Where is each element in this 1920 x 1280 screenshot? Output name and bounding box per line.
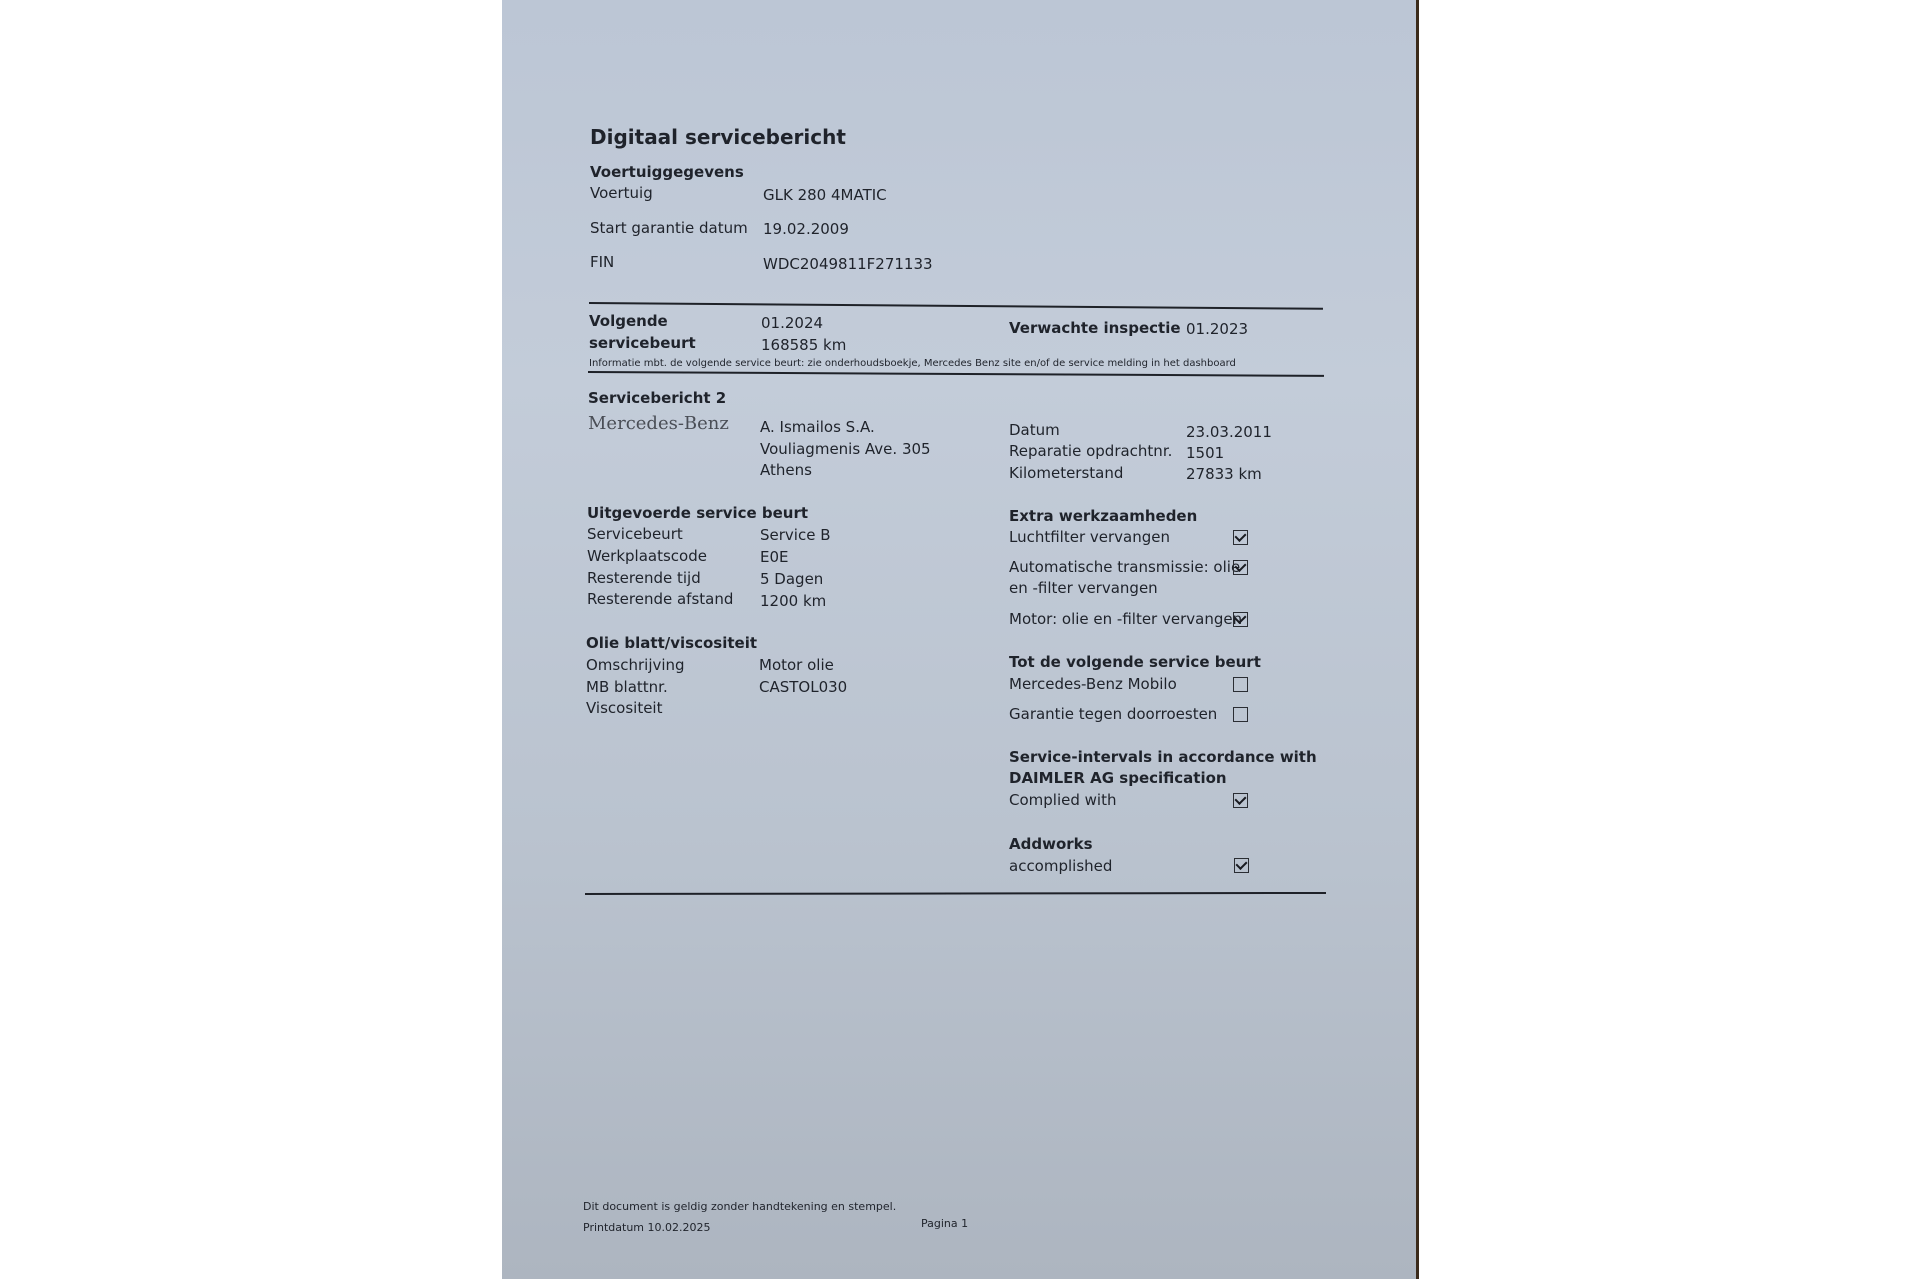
- oil-description-label: Omschrijving: [586, 656, 685, 674]
- warranty-start-label: Start garantie datum: [590, 219, 748, 237]
- page-number: Pagina 1: [921, 1218, 968, 1230]
- inspection-label: Verwachte inspectie: [1009, 319, 1181, 337]
- checkmark-icon: [1234, 612, 1246, 624]
- dealer-city: Athens: [760, 461, 812, 479]
- accomplished-checkbox[interactable]: [1234, 858, 1249, 873]
- transmission-label-1: Automatische transmissie: olie: [1009, 558, 1240, 576]
- air-filter-checkbox[interactable]: [1233, 530, 1248, 545]
- mobilo-checkbox[interactable]: [1233, 677, 1248, 692]
- next-service-info: Informatie mbt. de volgende service beur…: [589, 358, 1236, 370]
- viscosity-label: Viscositeit: [586, 699, 662, 717]
- next-service-date: 01.2024: [761, 314, 823, 332]
- checkmark-icon: [1234, 793, 1246, 805]
- mb-sheet-value: CASTOL030: [759, 678, 847, 696]
- fin-value: WDC2049811F271133: [763, 255, 933, 273]
- inspection-value: 01.2023: [1186, 320, 1248, 338]
- dealer-name: A. Ismailos S.A.: [760, 418, 875, 436]
- fin-label: FIN: [590, 253, 614, 271]
- oil-heading: Olie blatt/viscositeit: [586, 634, 757, 652]
- divider-bottom: [585, 892, 1326, 895]
- remaining-distance-value: 1200 km: [760, 592, 826, 610]
- validity-note: Dit document is geldig zonder handtekeni…: [583, 1201, 896, 1213]
- print-date: Printdatum 10.02.2025: [583, 1222, 711, 1234]
- transmission-checkbox[interactable]: [1233, 560, 1248, 575]
- checkmark-icon: [1234, 530, 1246, 542]
- order-number-value: 1501: [1186, 444, 1224, 462]
- accomplished-label: accomplished: [1009, 857, 1112, 875]
- service-report-page: Digitaal servicebericht Voertuiggegevens…: [502, 0, 1419, 1279]
- intervals-heading-1: Service-intervals in accordance with: [1009, 748, 1317, 766]
- air-filter-label: Luchtfilter vervangen: [1009, 528, 1170, 546]
- odometer-label: Kilometerstand: [1009, 464, 1123, 482]
- until-next-heading: Tot de volgende service beurt: [1009, 653, 1261, 671]
- date-value: 23.03.2011: [1186, 423, 1272, 441]
- workshop-code-label: Werkplaatscode: [587, 547, 707, 565]
- next-service-label-1: Volgende: [589, 312, 668, 330]
- divider-info: [588, 371, 1324, 377]
- workshop-code-value: E0E: [760, 548, 789, 566]
- divider-top: [589, 302, 1323, 310]
- dealer-street: Vouliagmenis Ave. 305: [760, 440, 931, 458]
- rust-warranty-checkbox[interactable]: [1233, 707, 1248, 722]
- report-heading: Servicebericht 2: [588, 389, 726, 407]
- oil-description-value: Motor olie: [759, 656, 834, 674]
- remaining-distance-label: Resterende afstand: [587, 590, 733, 608]
- engine-oil-checkbox[interactable]: [1233, 612, 1248, 627]
- odometer-value: 27833 km: [1186, 465, 1262, 483]
- checkmark-icon: [1235, 858, 1247, 870]
- vehicle-heading: Voertuiggegevens: [590, 163, 744, 181]
- order-number-label: Reparatie opdrachtnr.: [1009, 442, 1172, 460]
- vehicle-label: Voertuig: [590, 184, 653, 202]
- mb-sheet-label: MB blattnr.: [586, 678, 668, 696]
- mobilo-label: Mercedes-Benz Mobilo: [1009, 675, 1177, 693]
- remaining-time-label: Resterende tijd: [587, 569, 701, 587]
- brand-wordmark: Mercedes-Benz: [588, 413, 729, 435]
- remaining-time-value: 5 Dagen: [760, 570, 823, 588]
- date-label: Datum: [1009, 421, 1060, 439]
- complied-checkbox[interactable]: [1233, 793, 1248, 808]
- complied-label: Complied with: [1009, 791, 1116, 809]
- service-type-label: Servicebeurt: [587, 525, 683, 543]
- rust-warranty-label: Garantie tegen doorroesten: [1009, 705, 1217, 723]
- extra-work-heading: Extra werkzaamheden: [1009, 507, 1197, 525]
- engine-oil-label: Motor: olie en -filter vervangen: [1009, 610, 1242, 628]
- vehicle-value: GLK 280 4MATIC: [763, 186, 887, 204]
- transmission-label-2: en -filter vervangen: [1009, 579, 1158, 597]
- addworks-heading: Addworks: [1009, 835, 1093, 853]
- intervals-heading-2: DAIMLER AG specification: [1009, 769, 1227, 787]
- document-title: Digitaal servicebericht: [590, 125, 846, 149]
- next-service-label-2: servicebeurt: [589, 334, 696, 352]
- next-service-km: 168585 km: [761, 336, 846, 354]
- checkmark-icon: [1234, 560, 1246, 572]
- service-type-value: Service B: [760, 526, 831, 544]
- performed-heading: Uitgevoerde service beurt: [587, 504, 808, 522]
- warranty-start-value: 19.02.2009: [763, 220, 849, 238]
